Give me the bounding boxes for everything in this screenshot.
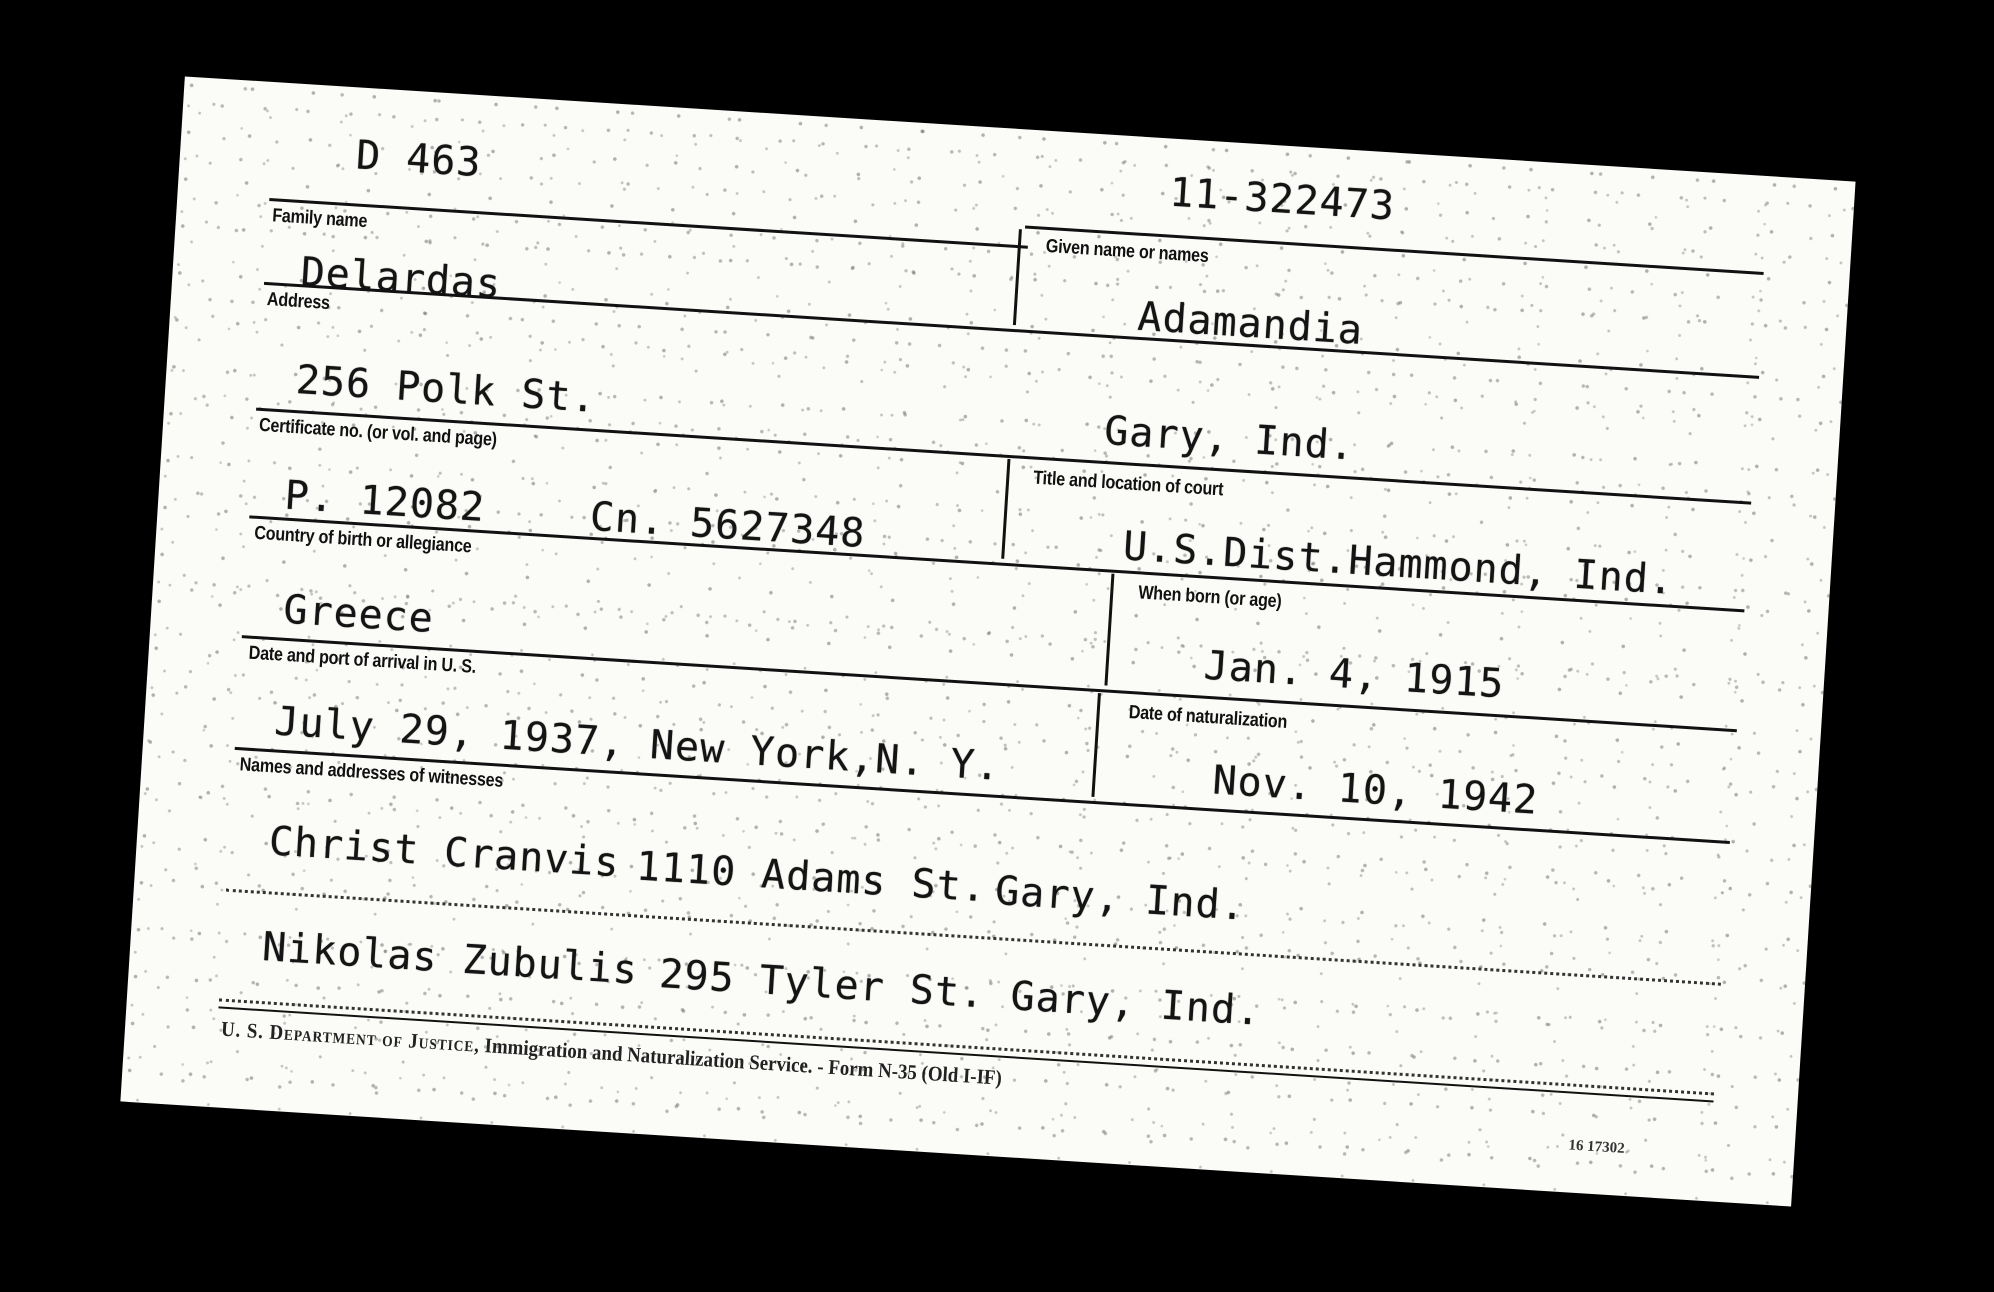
witness-street: 295 Tyler St.	[658, 954, 986, 1014]
naturalization-date-label: Date of naturalization	[1128, 703, 1287, 732]
given-name-divider	[1013, 229, 1022, 325]
address-city-value: Gary, Ind.	[1103, 411, 1356, 467]
when-born-label: When born (or age)	[1138, 583, 1282, 611]
family-name-rule	[269, 198, 1028, 249]
address-label: Address	[266, 290, 330, 313]
country-value: Greece	[282, 590, 435, 639]
given-name-value: Adamandia	[1136, 297, 1364, 351]
when-born-divider	[1104, 574, 1114, 686]
witness-city: Gary, Ind.	[994, 871, 1247, 927]
family-name-label: Family name	[272, 206, 368, 231]
witness-name: Nikolas Zubulis	[261, 927, 639, 991]
print-code: 16 17302	[1568, 1137, 1625, 1157]
when-born-value: Jan. 4, 1915	[1203, 646, 1506, 705]
form-number: - Form N-35 (Old I-IF)	[817, 1054, 1003, 1090]
scan-background: D 463 11-322473 Family name Delardas Giv…	[0, 0, 1994, 1292]
witness-name: Christ Cranvis	[268, 821, 621, 883]
court-label: Title and location of court	[1033, 469, 1224, 500]
court-divider	[1001, 459, 1010, 559]
witness-city: Gary, Ind.	[1009, 976, 1262, 1032]
address-street-value: 256 Polk St.	[295, 360, 598, 419]
form-footer: U. S. Department of Justice, Immigration…	[220, 1019, 1002, 1089]
record-number: 11-322473	[1168, 173, 1396, 227]
department-text: U. S. Department of Justice,	[220, 1017, 480, 1057]
witness-street: 1110 Adams St.	[635, 846, 988, 908]
file-code: D 463	[355, 135, 483, 183]
naturalization-index-card: D 463 11-322473 Family name Delardas Giv…	[120, 76, 1855, 1206]
address-rule	[264, 282, 1759, 379]
given-name-label: Given name or names	[1045, 237, 1209, 266]
naturalization-divider	[1091, 693, 1101, 797]
